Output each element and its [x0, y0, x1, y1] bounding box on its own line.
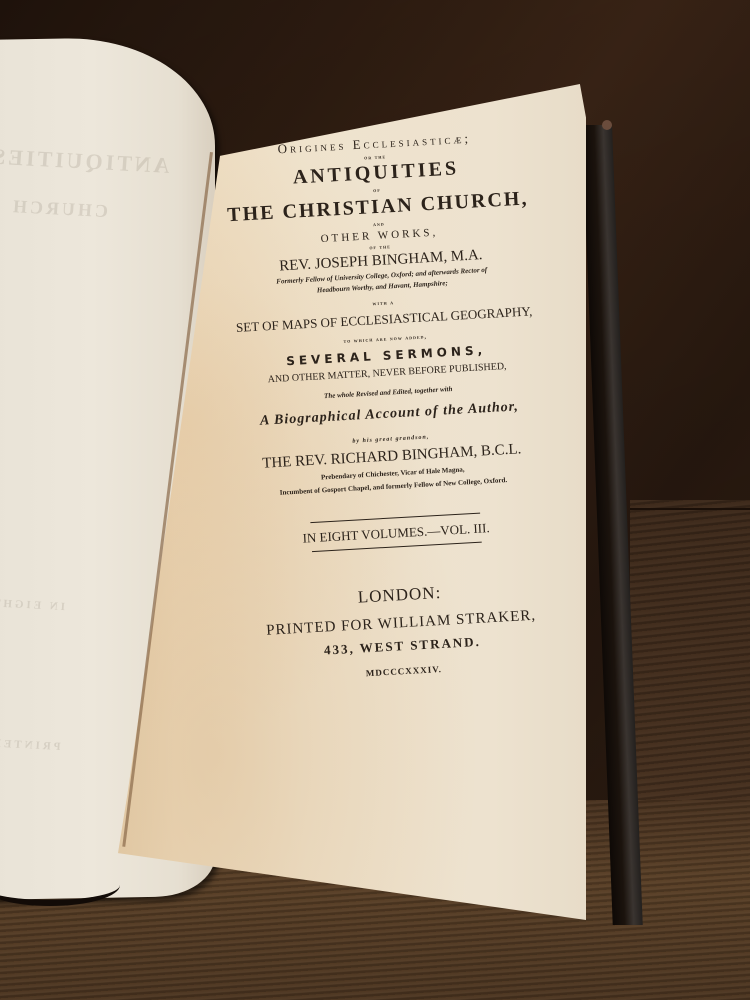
bleed-through-text: CHURCH: [9, 196, 108, 222]
bleed-through-text: IN EIGHT: [0, 597, 65, 613]
title-page-text: Origines Ecclesiasticæ; or the ANTIQUITI…: [208, 111, 569, 686]
cover-corner-wear: [602, 120, 612, 130]
bleed-through-text: ANTIQUITIES: [0, 144, 170, 179]
table-plank-seam: [630, 508, 750, 510]
bleed-through-text: PRINTED: [0, 737, 61, 753]
